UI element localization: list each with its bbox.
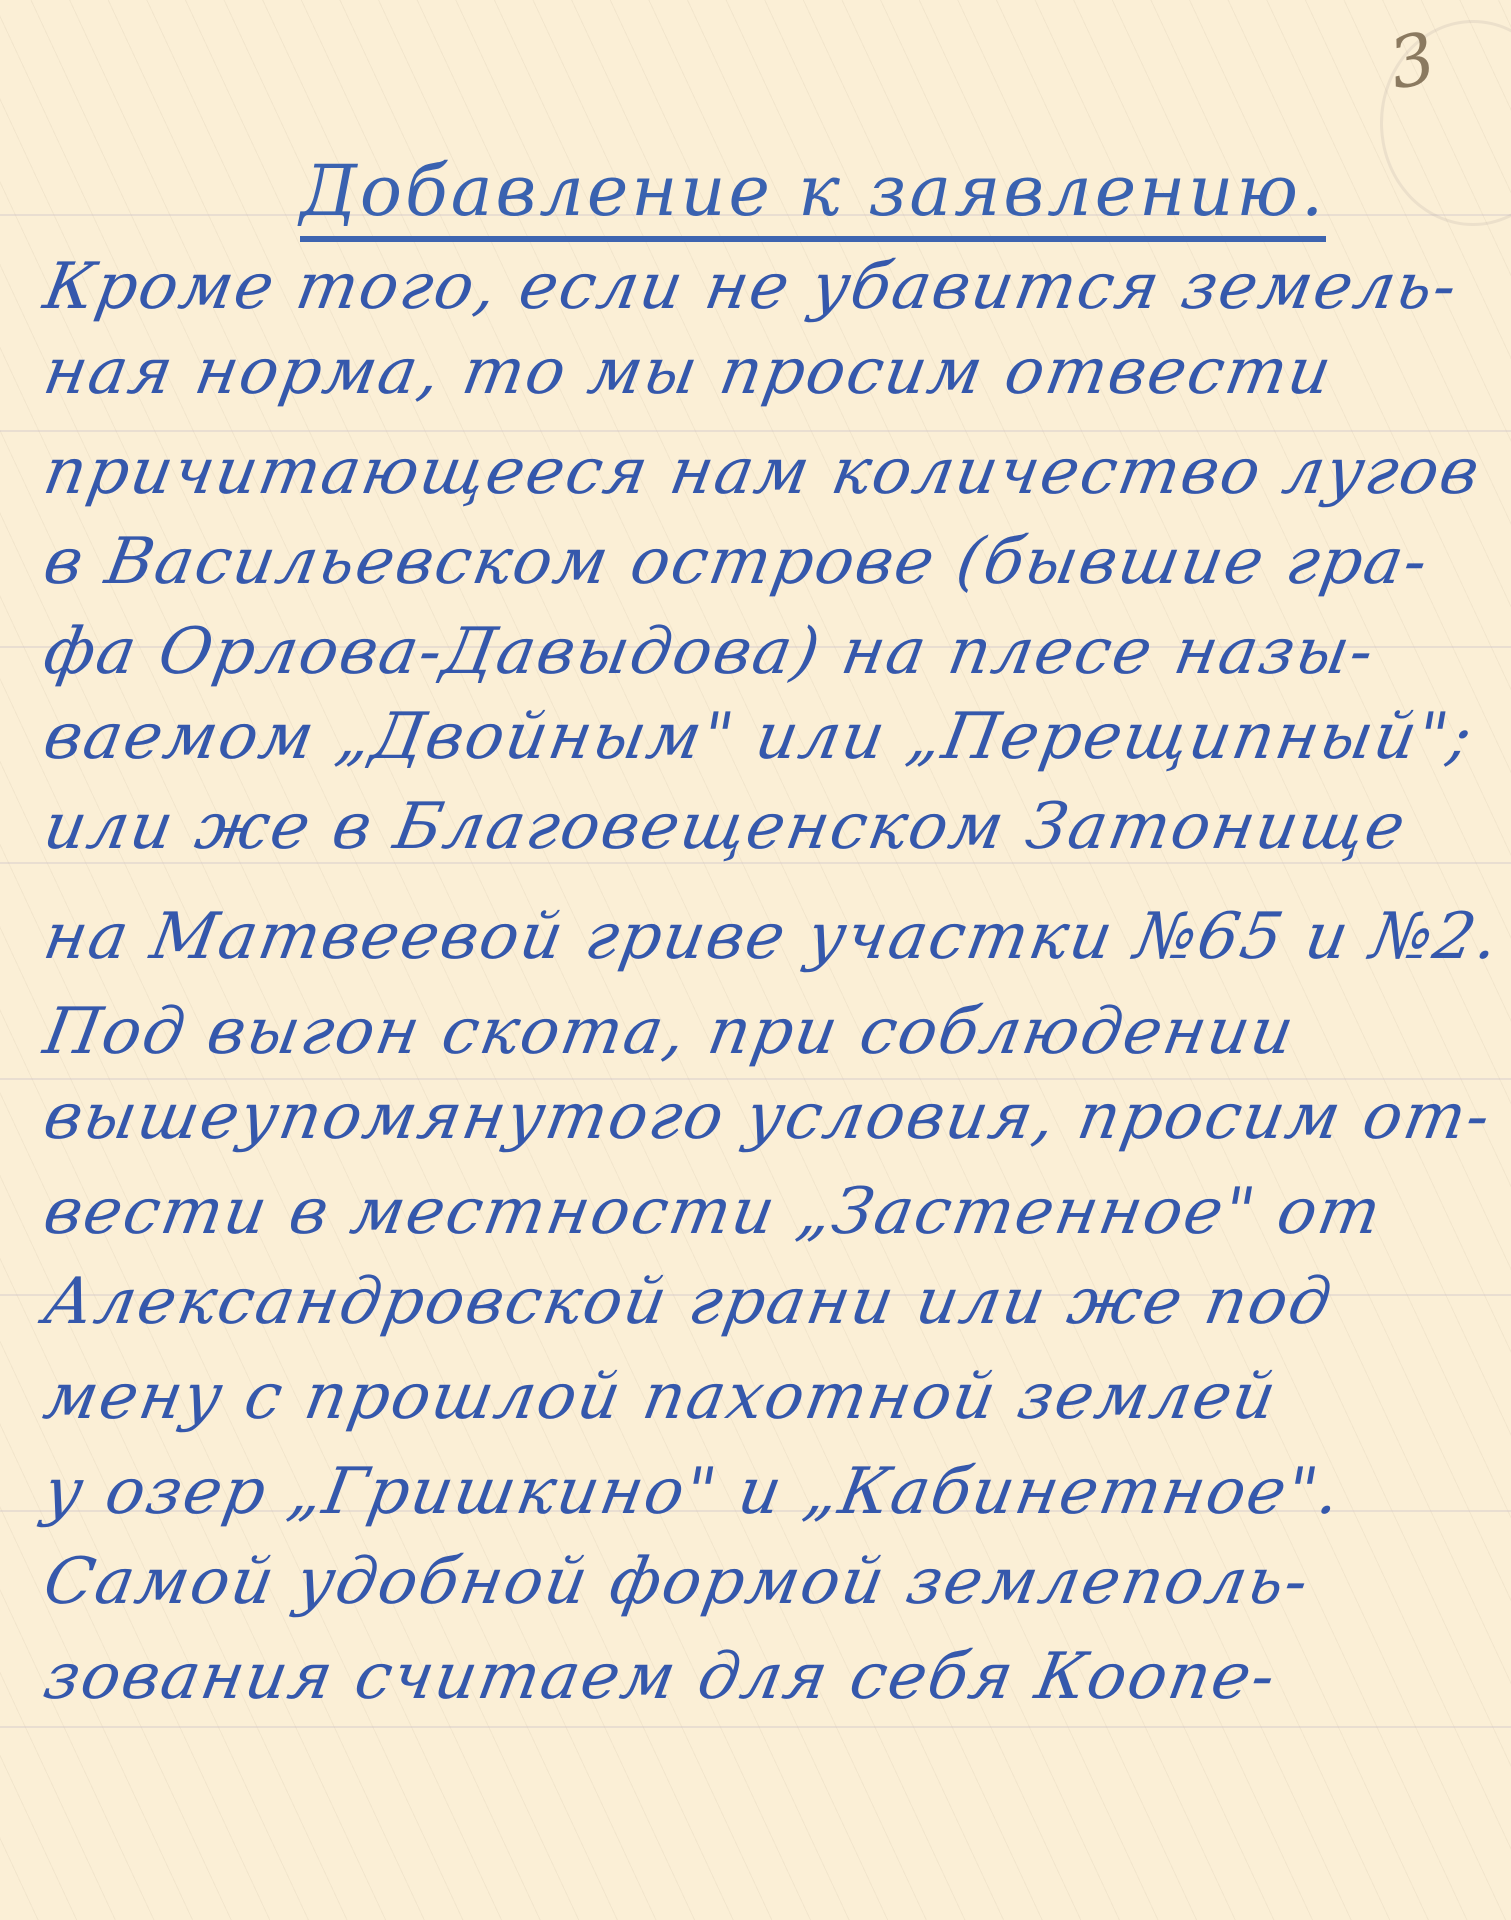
text-line: зования считаем для себя Коопе- bbox=[38, 1640, 1282, 1714]
text-line: у озер „Гришкино" и „Кабинетное". bbox=[38, 1455, 1347, 1529]
text-line: Самой удобной формой землеполь- bbox=[38, 1545, 1315, 1619]
text-line: причитающееся нам количество лугов bbox=[38, 435, 1486, 509]
text-line: мену с прошлой пахотной землей bbox=[38, 1360, 1283, 1434]
text-line: ваемом „Двойным" или „Перещипный"; bbox=[38, 700, 1479, 774]
text-line: Александровской грани или же под bbox=[38, 1265, 1338, 1339]
text-line: вести в местности „Застенное" от bbox=[38, 1175, 1387, 1249]
document-title: Добавление к заявлению. bbox=[300, 150, 1326, 242]
text-line: на Матвеевой гриве участки №65 и №2. bbox=[38, 900, 1505, 974]
text-line: Кроме того, если не убавится земель- bbox=[38, 250, 1464, 324]
text-line: Под выгон скота, при соблюдении bbox=[38, 995, 1300, 1069]
text-line: вышеупомянутого условия, просим от- bbox=[38, 1080, 1497, 1154]
text-line: фа Орлова-Давыдова) на плесе назы- bbox=[38, 615, 1380, 689]
text-line: ная норма, то мы просим отвести bbox=[38, 335, 1338, 409]
text-line: или же в Благовещенском Затонище bbox=[38, 790, 1412, 864]
text-line: в Васильевском острове (бывшие гра- bbox=[38, 525, 1434, 599]
